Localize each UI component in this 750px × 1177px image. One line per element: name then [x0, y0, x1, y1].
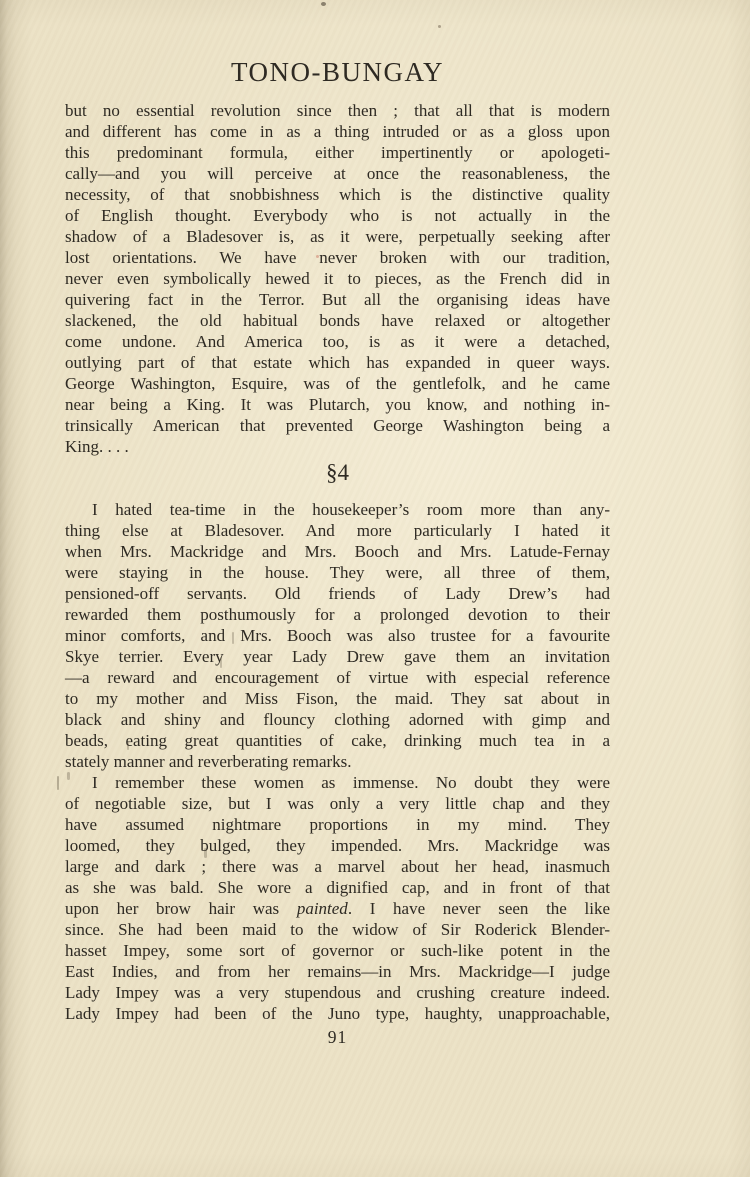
section-heading: §4: [65, 458, 610, 488]
text-line: George Washington, Esquire, was of the g…: [65, 373, 610, 394]
text-line: necessity, of that snobbishness which is…: [65, 184, 610, 205]
text-line: I remember these women as immense. No do…: [65, 772, 610, 793]
text-line: and different has come in as a thing int…: [65, 121, 610, 142]
text-line: never even symbolically hewed it to piec…: [65, 268, 610, 289]
text-line: have assumed nightmare proportions in my…: [65, 814, 610, 835]
paragraph: I remember these women as immense. No do…: [65, 772, 610, 1024]
text-line: beads, eating great quantities of cake, …: [65, 730, 610, 751]
text-line: of negotiable size, but I was only a ver…: [65, 793, 610, 814]
text-line: rewarded them posthumously for a prolong…: [65, 604, 610, 625]
paper-speck: [438, 25, 441, 28]
text-line: stately manner and reverberating remarks…: [65, 751, 610, 772]
text-line: large and dark ; there was a marvel abou…: [65, 856, 610, 877]
text-line: to my mother and Miss Fison, the maid. T…: [65, 688, 610, 709]
text-line: minor comforts, and Mrs. Booch was also …: [65, 625, 610, 646]
text-line: but no essential revolution since then ;…: [65, 100, 610, 121]
text-line: of English thought. Everybody who is not…: [65, 205, 610, 226]
text-line: lost orientations. We have never broken …: [65, 247, 610, 268]
text-line: as she was bald. She wore a dignified ca…: [65, 877, 610, 898]
paragraph: I hated tea-time in the housekeeper’s ro…: [65, 499, 610, 772]
text-line: cally—and you will perceive at once the …: [65, 163, 610, 184]
text-line: upon her brow hair was painted. I have n…: [65, 898, 610, 919]
text-line: when Mrs. Mackridge and Mrs. Booch and M…: [65, 541, 610, 562]
text-line: trinsically American that prevented Geor…: [65, 415, 610, 436]
text-line: quivering fact in the Terror. But all th…: [65, 289, 610, 310]
text-line: King. . . .: [65, 436, 610, 457]
text-line: slackened, the old habitual bonds have r…: [65, 310, 610, 331]
text-line: thing else at Bladesover. And more parti…: [65, 520, 610, 541]
text-line: loomed, they bulged, they impended. Mrs.…: [65, 835, 610, 856]
text-line: Skye terrier. Every year Lady Drew gave …: [65, 646, 610, 667]
text-line: Lady Impey had been of the Juno type, ha…: [65, 1003, 610, 1024]
book-page: { "book_page": { "running_head": "TONO-B…: [0, 0, 750, 1177]
text-line: shadow of a Bladesover is, as it were, p…: [65, 226, 610, 247]
paragraph: but no essential revolution since then ;…: [65, 100, 610, 457]
paper-speck: [57, 776, 59, 790]
text-line: East Indies, and from her remains—in Mrs…: [65, 961, 610, 982]
text-line: since. She had been maid to the widow of…: [65, 919, 610, 940]
text-line: I hated tea-time in the housekeeper’s ro…: [65, 499, 610, 520]
text-line: pensioned-off servants. Old friends of L…: [65, 583, 610, 604]
text-line: this predominant formula, either imperti…: [65, 142, 610, 163]
running-head: TONO-BUNGAY: [65, 57, 610, 87]
page-number: 91: [65, 1026, 610, 1048]
text-line: hasset Impey, some sort of governor or s…: [65, 940, 610, 961]
text-line: outlying part of that estate which has e…: [65, 352, 610, 373]
text-line: come undone. And America too, is as it w…: [65, 331, 610, 352]
text-line: were staying in the house. They were, al…: [65, 562, 610, 583]
text-line: near being a King. It was Plutarch, you …: [65, 394, 610, 415]
text-line: Lady Impey was a very stupendous and cru…: [65, 982, 610, 1003]
text-line: black and shiny and flouncy clothing ado…: [65, 709, 610, 730]
text-line: —a reward and encouragement of virtue wi…: [65, 667, 610, 688]
paper-speck: [321, 2, 326, 6]
